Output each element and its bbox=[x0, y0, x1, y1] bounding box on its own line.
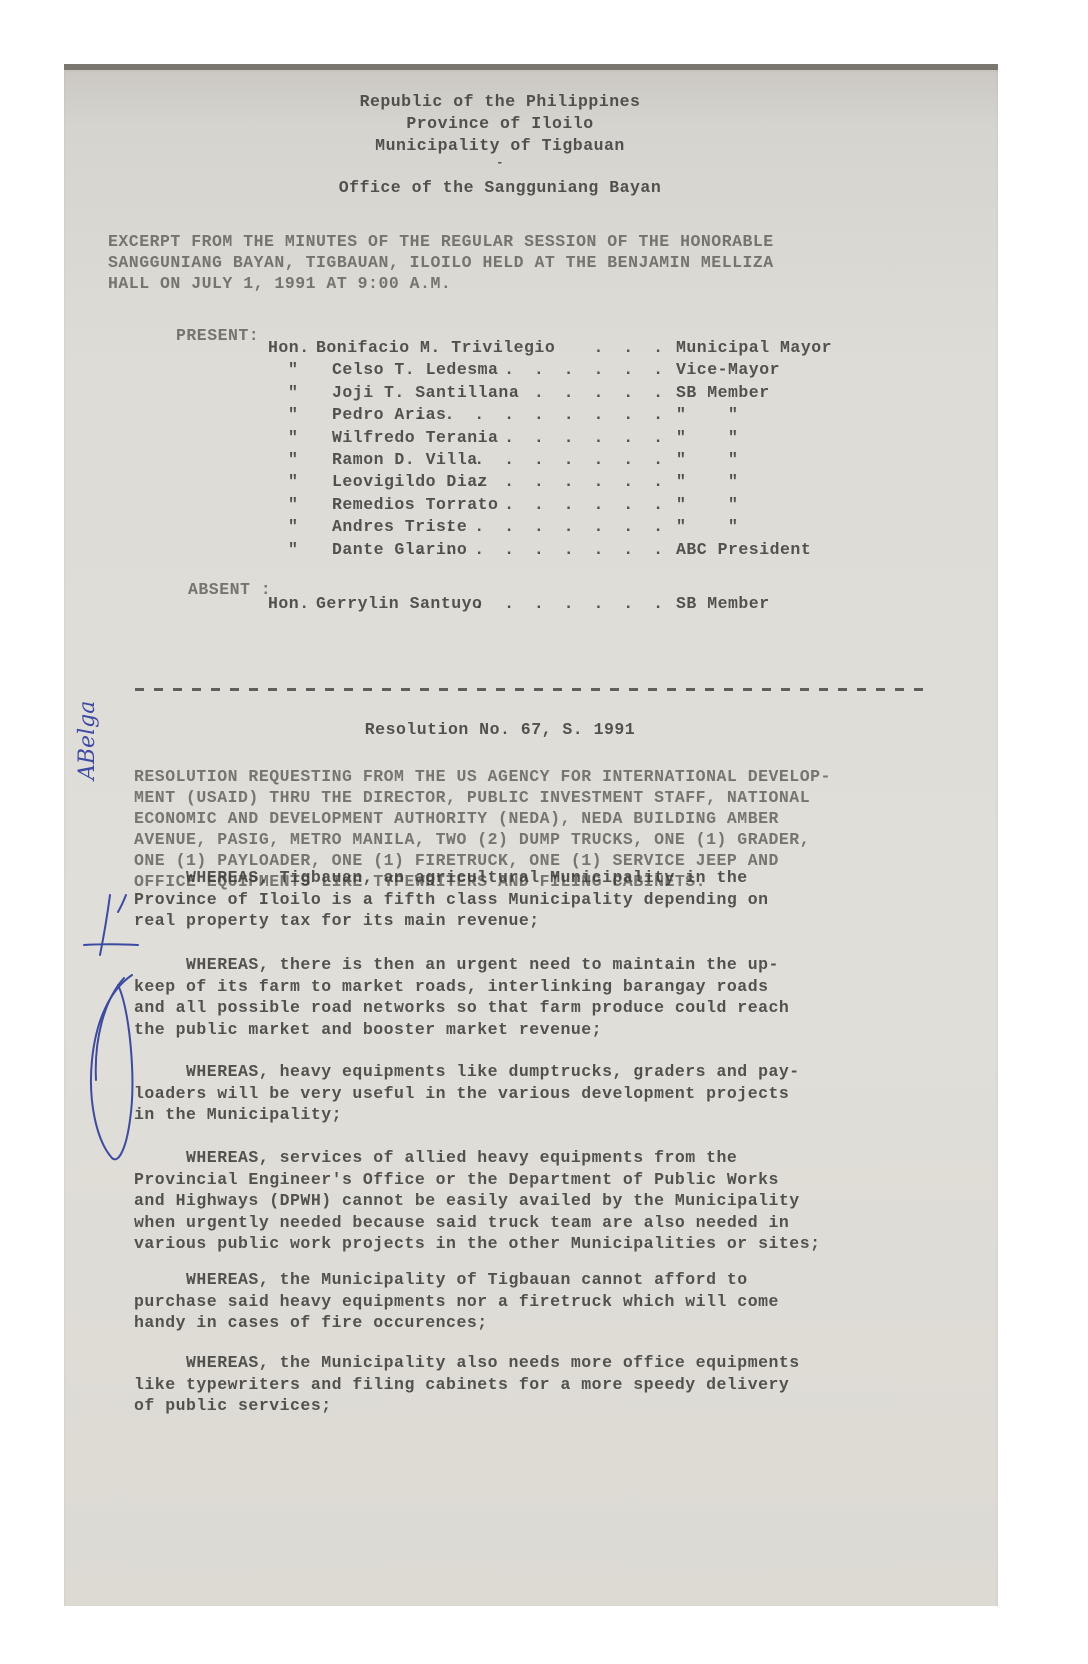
resolution-title-line: ECONOMIC AND DEVELOPMENT AUTHORITY (NEDA… bbox=[134, 809, 779, 828]
whereas-line: WHEREAS, Tigbauan, an agricultural Munic… bbox=[134, 868, 748, 887]
member-prefix: " bbox=[288, 360, 298, 379]
header-republic: Republic of the Philippines bbox=[0, 92, 1000, 111]
leader-dots: . . . . . . . bbox=[474, 472, 668, 491]
whereas-line: Province of Iloilo is a fifth class Muni… bbox=[134, 890, 769, 909]
member-name: Joji T. Santillana bbox=[332, 383, 519, 402]
member-prefix: " bbox=[288, 472, 298, 491]
member-prefix: " bbox=[288, 540, 298, 559]
header-province: Province of Iloilo bbox=[0, 114, 1000, 133]
member-prefix: " bbox=[288, 383, 298, 402]
member-position: ABC President bbox=[676, 540, 811, 559]
whereas-line: WHEREAS, there is then an urgent need to… bbox=[134, 955, 779, 974]
whereas-line: the public market and booster market rev… bbox=[134, 1020, 602, 1039]
leader-dots: . . . . . . . . . bbox=[415, 540, 668, 559]
member-position: " " bbox=[676, 450, 738, 469]
leader-dots: . . . . . . . bbox=[474, 594, 668, 613]
whereas-line: like typewriters and filing cabinets for… bbox=[134, 1375, 789, 1394]
whereas-line: various public work projects in the othe… bbox=[134, 1234, 821, 1253]
whereas-line: loaders will be very useful in the vario… bbox=[134, 1084, 789, 1103]
member-position: " " bbox=[676, 472, 738, 491]
member-position: " " bbox=[676, 428, 738, 447]
member-prefix: " bbox=[288, 517, 298, 536]
member-position: Vice-Mayor bbox=[676, 360, 780, 379]
leader-dots: . . . . . . . . bbox=[444, 517, 668, 536]
excerpt-line-2: SANGGUNIANG BAYAN, TIGBAUAN, ILOILO HELD… bbox=[108, 253, 774, 272]
header-office: Office of the Sangguniang Bayan bbox=[0, 178, 1000, 197]
member-prefix: " bbox=[288, 450, 298, 469]
resolution-number: Resolution No. 67, S. 1991 bbox=[0, 720, 1000, 739]
member-prefix: Hon. bbox=[268, 338, 310, 357]
leader-dots: . . . . . . . . . bbox=[415, 405, 668, 424]
member-name: Bonifacio M. Trivilegio bbox=[316, 338, 555, 357]
leader-dots: . . . bbox=[593, 338, 668, 357]
leader-dots: . . . . . . bbox=[504, 495, 668, 514]
leader-dots: . . . . . bbox=[534, 383, 668, 402]
whereas-line: WHEREAS, the Municipality of Tigbauan ca… bbox=[134, 1270, 748, 1289]
leader-dots: . . . . . . bbox=[504, 428, 668, 447]
resolution-title-line: AVENUE, PASIG, METRO MANILA, TWO (2) DUM… bbox=[134, 830, 810, 849]
margin-initials: ABelga bbox=[75, 701, 100, 780]
whereas-line: WHEREAS, the Municipality also needs mor… bbox=[134, 1353, 800, 1372]
whereas-line: keep of its farm to market roads, interl… bbox=[134, 977, 769, 996]
leader-dots: . . . . . . . bbox=[474, 450, 668, 469]
member-prefix: " bbox=[288, 405, 298, 424]
leader-dots: . . . . . . bbox=[504, 360, 668, 379]
member-prefix: " bbox=[288, 495, 298, 514]
whereas-line: and all possible road networks so that f… bbox=[134, 998, 789, 1017]
whereas-line: of public services; bbox=[134, 1396, 332, 1415]
member-name: Remedios Torrato bbox=[332, 495, 498, 514]
member-prefix: Hon. bbox=[268, 594, 310, 613]
whereas-line: WHEREAS, heavy equipments like dumptruck… bbox=[134, 1062, 800, 1081]
whereas-line: Provincial Engineer's Office or the Depa… bbox=[134, 1170, 779, 1189]
header-separator: - bbox=[0, 156, 1000, 170]
member-name: Leovigildo Diaz bbox=[332, 472, 488, 491]
whereas-line: real property tax for its main revenue; bbox=[134, 911, 540, 930]
member-name: Wilfredo Terania bbox=[332, 428, 498, 447]
member-name: Celso T. Ledesma bbox=[332, 360, 498, 379]
member-name: Ramon D. Villa bbox=[332, 450, 478, 469]
member-name: Gerrylin Santuyo bbox=[316, 594, 482, 613]
member-prefix: " bbox=[288, 428, 298, 447]
whereas-line: purchase said heavy equipments nor a fir… bbox=[134, 1292, 779, 1311]
whereas-line: and Highways (DPWH) cannot be easily ava… bbox=[134, 1191, 800, 1210]
whereas-line: WHEREAS, services of allied heavy equipm… bbox=[134, 1148, 737, 1167]
excerpt-line-1: EXCERPT FROM THE MINUTES OF THE REGULAR … bbox=[108, 232, 774, 251]
member-position: " " bbox=[676, 495, 738, 514]
member-position: " " bbox=[676, 405, 738, 424]
whereas-line: in the Municipality; bbox=[134, 1105, 342, 1124]
member-position: Municipal Mayor bbox=[676, 338, 832, 357]
member-position: SB Member bbox=[676, 383, 770, 402]
present-label: PRESENT: bbox=[176, 326, 259, 345]
member-position: SB Member bbox=[676, 594, 770, 613]
header-municipality: Municipality of Tigbauan bbox=[0, 136, 1000, 155]
member-position: " " bbox=[676, 517, 738, 536]
whereas-line: handy in cases of fire occurences; bbox=[134, 1313, 488, 1332]
absent-label: ABSENT : bbox=[188, 580, 271, 599]
whereas-line: when urgently needed because said truck … bbox=[134, 1213, 789, 1232]
resolution-title-line: RESOLUTION REQUESTING FROM THE US AGENCY… bbox=[134, 767, 831, 786]
section-divider bbox=[135, 688, 925, 691]
resolution-title-line: MENT (USAID) THRU THE DIRECTOR, PUBLIC I… bbox=[134, 788, 810, 807]
excerpt-line-3: HALL ON JULY 1, 1991 AT 9:00 A.M. bbox=[108, 274, 451, 293]
